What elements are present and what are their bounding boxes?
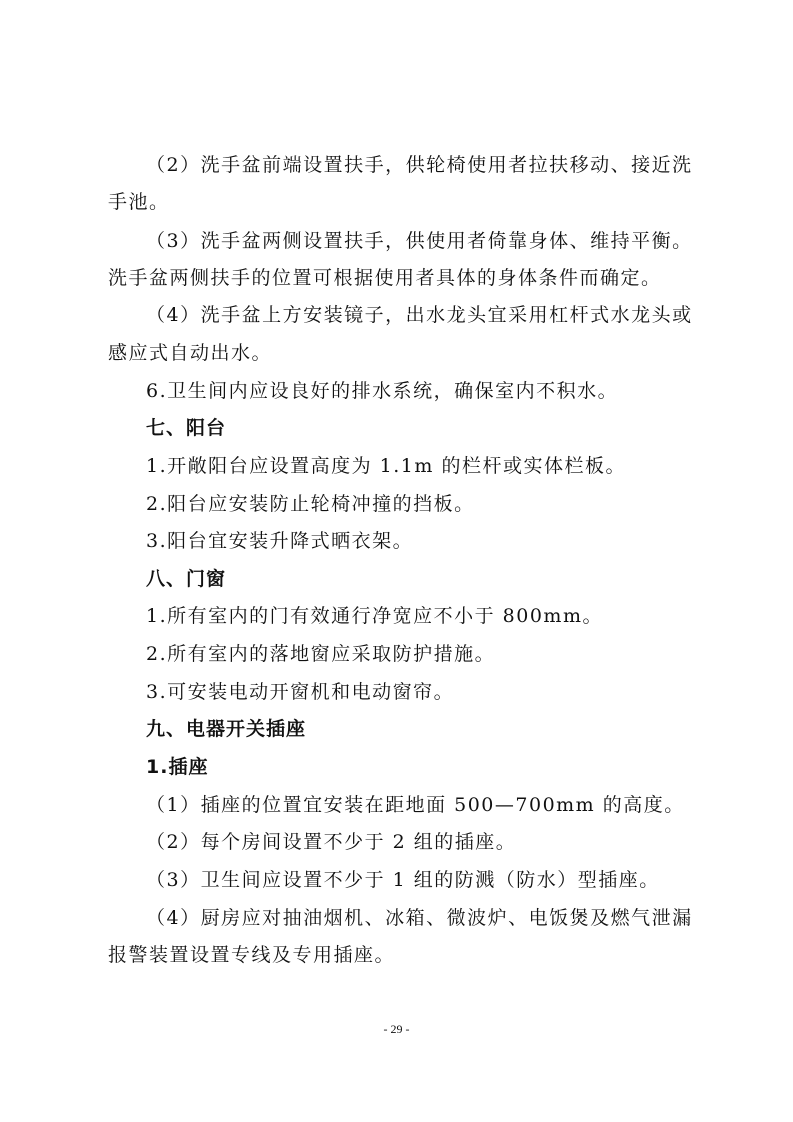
paragraph-line: （2）洗手盆前端设置扶手，供轮椅使用者拉扶移动、接近洗 (146, 150, 693, 177)
paragraph-line: 1.开敞阳台应设置高度为 1.1m 的栏杆或实体栏板。 (146, 451, 626, 478)
paragraph-line: 2.阳台应安装防止轮椅冲撞的挡板。 (146, 489, 475, 516)
paragraph-line: （1）插座的位置宜安装在距地面 500—700mm 的高度。 (146, 790, 685, 817)
paragraph-line: 6.卫生间内应设良好的排水系统，确保室内不积水。 (146, 376, 618, 403)
paragraph-line: 手池。 (108, 187, 170, 214)
paragraph-line: （4）厨房应对抽油烟机、冰箱、微波炉、电饭煲及燃气泄漏 (146, 903, 693, 930)
paragraph-line: 洗手盆两侧扶手的位置可根据使用者具体的身体条件而确定。 (108, 263, 662, 290)
section-heading: 八、门窗 (146, 564, 226, 591)
paragraph-line: （4）洗手盆上方安装镜子，出水龙头宜采用杠杆式水龙头或 (146, 300, 693, 327)
paragraph-line: 3.阳台宜安装升降式晒衣架。 (146, 526, 413, 553)
paragraph-line: （3）洗手盆两侧设置扶手，供使用者倚靠身体、维持平衡。 (146, 226, 693, 253)
paragraph-line: 1.所有室内的门有效通行净宽应不小于 800mm。 (146, 601, 603, 628)
section-heading: 九、电器开关插座 (146, 714, 306, 741)
page-number: - 29 - (0, 1022, 793, 1037)
paragraph-line: 报警装置设置专线及专用插座。 (108, 940, 395, 967)
section-heading: 1.插座 (146, 752, 208, 779)
paragraph-line: （2）每个房间设置不少于 2 组的插座。 (146, 827, 516, 854)
paragraph-line: 2.所有室内的落地窗应采取防护措施。 (146, 639, 495, 666)
paragraph-line: 感应式自动出水。 (108, 338, 272, 365)
section-heading: 七、阳台 (146, 413, 226, 440)
paragraph-line: 3.可安装电动开窗机和电动窗帘。 (146, 677, 454, 704)
paragraph-line: （3）卫生间应设置不少于 1 组的防溅（防水）型插座。 (146, 865, 660, 892)
